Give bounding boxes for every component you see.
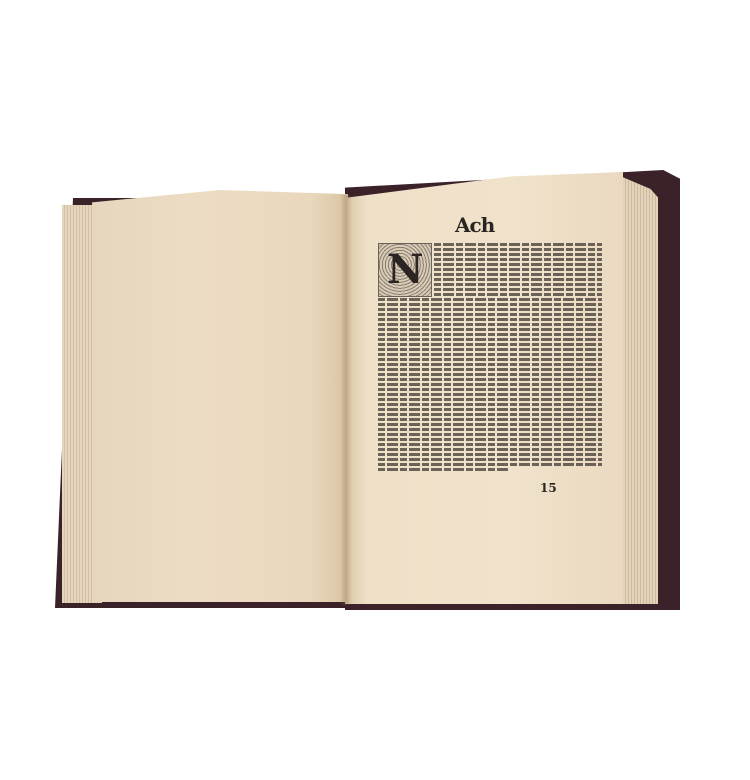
text-line — [378, 373, 602, 376]
page-edges-right — [620, 176, 658, 604]
text-line — [378, 313, 602, 316]
text-line — [378, 363, 602, 366]
text-line — [378, 343, 602, 346]
text-line — [378, 453, 602, 456]
page-number: 15 — [540, 481, 557, 495]
text-line — [434, 273, 602, 276]
text-line — [378, 338, 602, 341]
book-photo: Ach N 15 — [0, 0, 750, 780]
text-line — [378, 368, 602, 371]
text-line — [434, 293, 602, 296]
text-line — [434, 258, 602, 261]
text-line — [378, 438, 602, 441]
text-line — [378, 348, 602, 351]
text-line — [378, 398, 602, 401]
text-line — [378, 298, 602, 301]
text-line — [378, 388, 602, 391]
text-line — [378, 358, 602, 361]
text-line — [434, 283, 602, 286]
text-line — [378, 403, 602, 406]
text-line — [434, 243, 602, 246]
text-line — [434, 268, 602, 271]
text-line — [378, 428, 602, 431]
text-line — [434, 248, 602, 251]
text-line — [378, 433, 602, 436]
text-line — [378, 413, 602, 416]
text-line — [378, 323, 602, 326]
text-line — [378, 383, 602, 386]
initial-letter: N — [387, 246, 424, 293]
text-line — [378, 463, 602, 466]
text-line — [378, 318, 602, 321]
blank-left-page — [92, 190, 348, 602]
text-line — [378, 328, 602, 331]
page-heading: Ach — [455, 213, 494, 237]
text-line — [434, 278, 602, 281]
text-line — [378, 408, 602, 411]
text-line — [378, 333, 602, 336]
book-gutter — [340, 195, 352, 605]
text-line — [434, 288, 602, 291]
text-line — [434, 253, 602, 256]
text-line — [378, 418, 602, 421]
text-line — [378, 308, 602, 311]
ornamental-initial: N — [378, 243, 432, 297]
text-line — [434, 263, 602, 266]
text-line — [378, 303, 602, 306]
text-line — [378, 393, 602, 396]
text-line — [378, 378, 602, 381]
text-line — [378, 448, 602, 451]
text-line — [378, 458, 602, 461]
text-line — [378, 443, 602, 446]
text-line — [378, 423, 602, 426]
text-line — [378, 353, 602, 356]
text-line — [378, 468, 508, 471]
